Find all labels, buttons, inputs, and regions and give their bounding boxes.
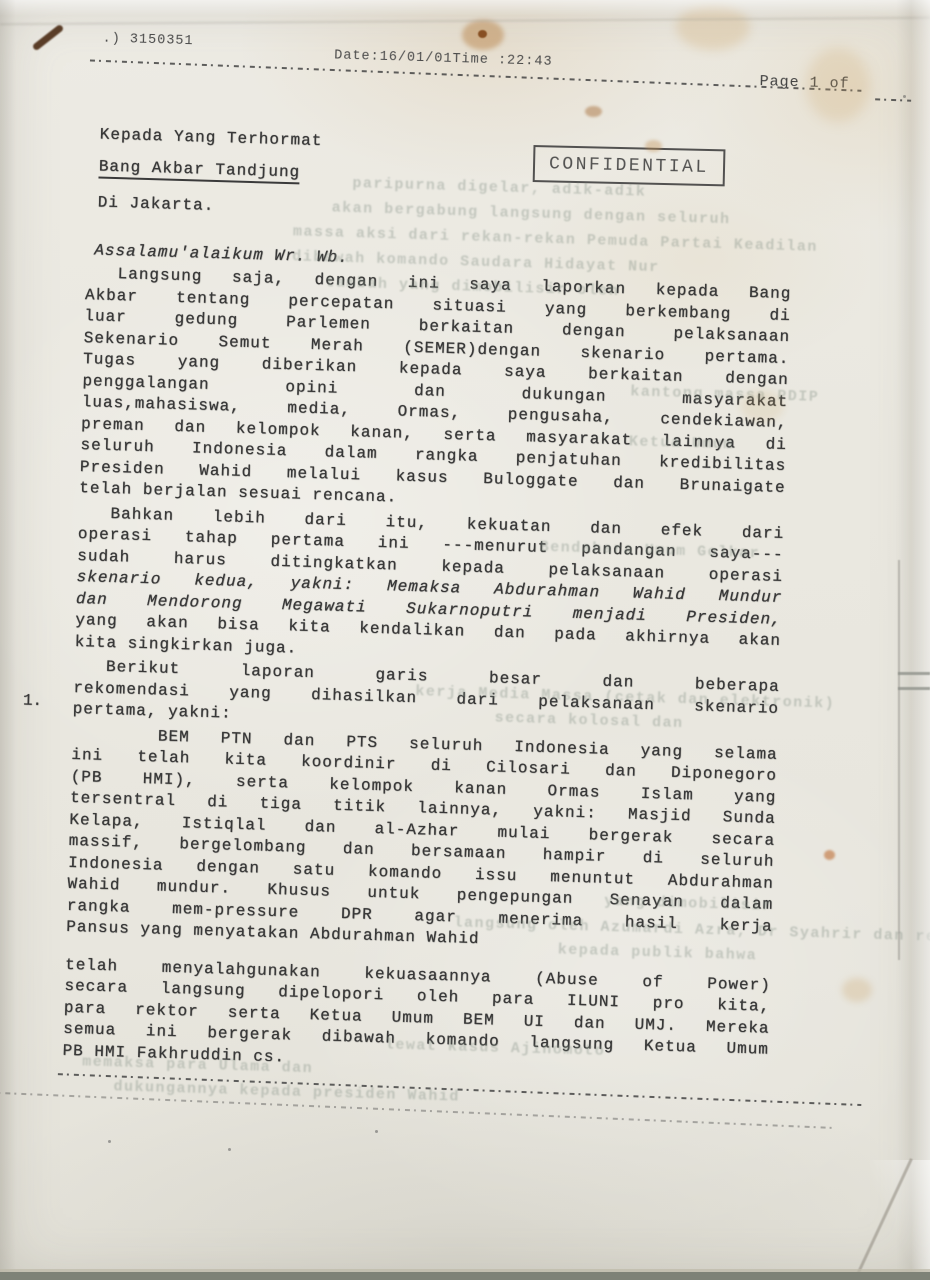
paper-crease [898, 687, 930, 690]
paragraph-2: Bahkan lebih dari itu, kekuatan dan efek… [74, 503, 784, 674]
recipient-line: Kepada Yang Terhormat [99, 125, 322, 150]
tan-stain [806, 48, 870, 122]
confidential-stamp-label: CONFIDENTIAL [549, 154, 709, 178]
rust-stain [585, 106, 602, 117]
list-marker: 1. [23, 691, 43, 710]
speck [228, 1148, 231, 1151]
scan-content-layer: .) 3150351 Date:16/01/01Time :22:43 Page… [49, 25, 914, 1249]
ghost-line: Ketua Umum [629, 433, 734, 453]
paper-top-edge [0, 0, 930, 16]
speck [108, 1140, 111, 1143]
tan-stain [842, 978, 872, 1002]
paper-crease [898, 672, 930, 675]
tan-stain [740, 390, 784, 422]
fax-id-number: .) 3150351 [102, 32, 193, 50]
rust-stain-core [478, 30, 487, 38]
tan-stain [645, 140, 662, 152]
recipient-name: Bang Akbar Tandjung [98, 157, 300, 184]
paper-left-edge [0, 0, 16, 1280]
ink-mark [32, 24, 65, 52]
rust-stain [824, 850, 835, 860]
paper-crease [0, 17, 930, 25]
speck [375, 1130, 378, 1133]
recipient-city: Di Jakarta. [97, 193, 214, 214]
confidential-stamp: CONFIDENTIAL [533, 145, 725, 186]
scanned-letter-page: .) 3150351 Date:16/01/01Time :22:43 Page… [0, 0, 930, 1280]
paper-right-edge [898, 560, 900, 960]
recipient-name-underlined: Bang Akbar Tandjung [98, 157, 300, 184]
paper-right-edge-shadow [896, 0, 930, 1280]
fax-datetime: Date:16/01/01Time :22:43 [334, 48, 553, 69]
scan-bottom-strip [0, 1272, 930, 1280]
ghost-line: akan bergabung langsung dengan seluruh [331, 199, 730, 228]
